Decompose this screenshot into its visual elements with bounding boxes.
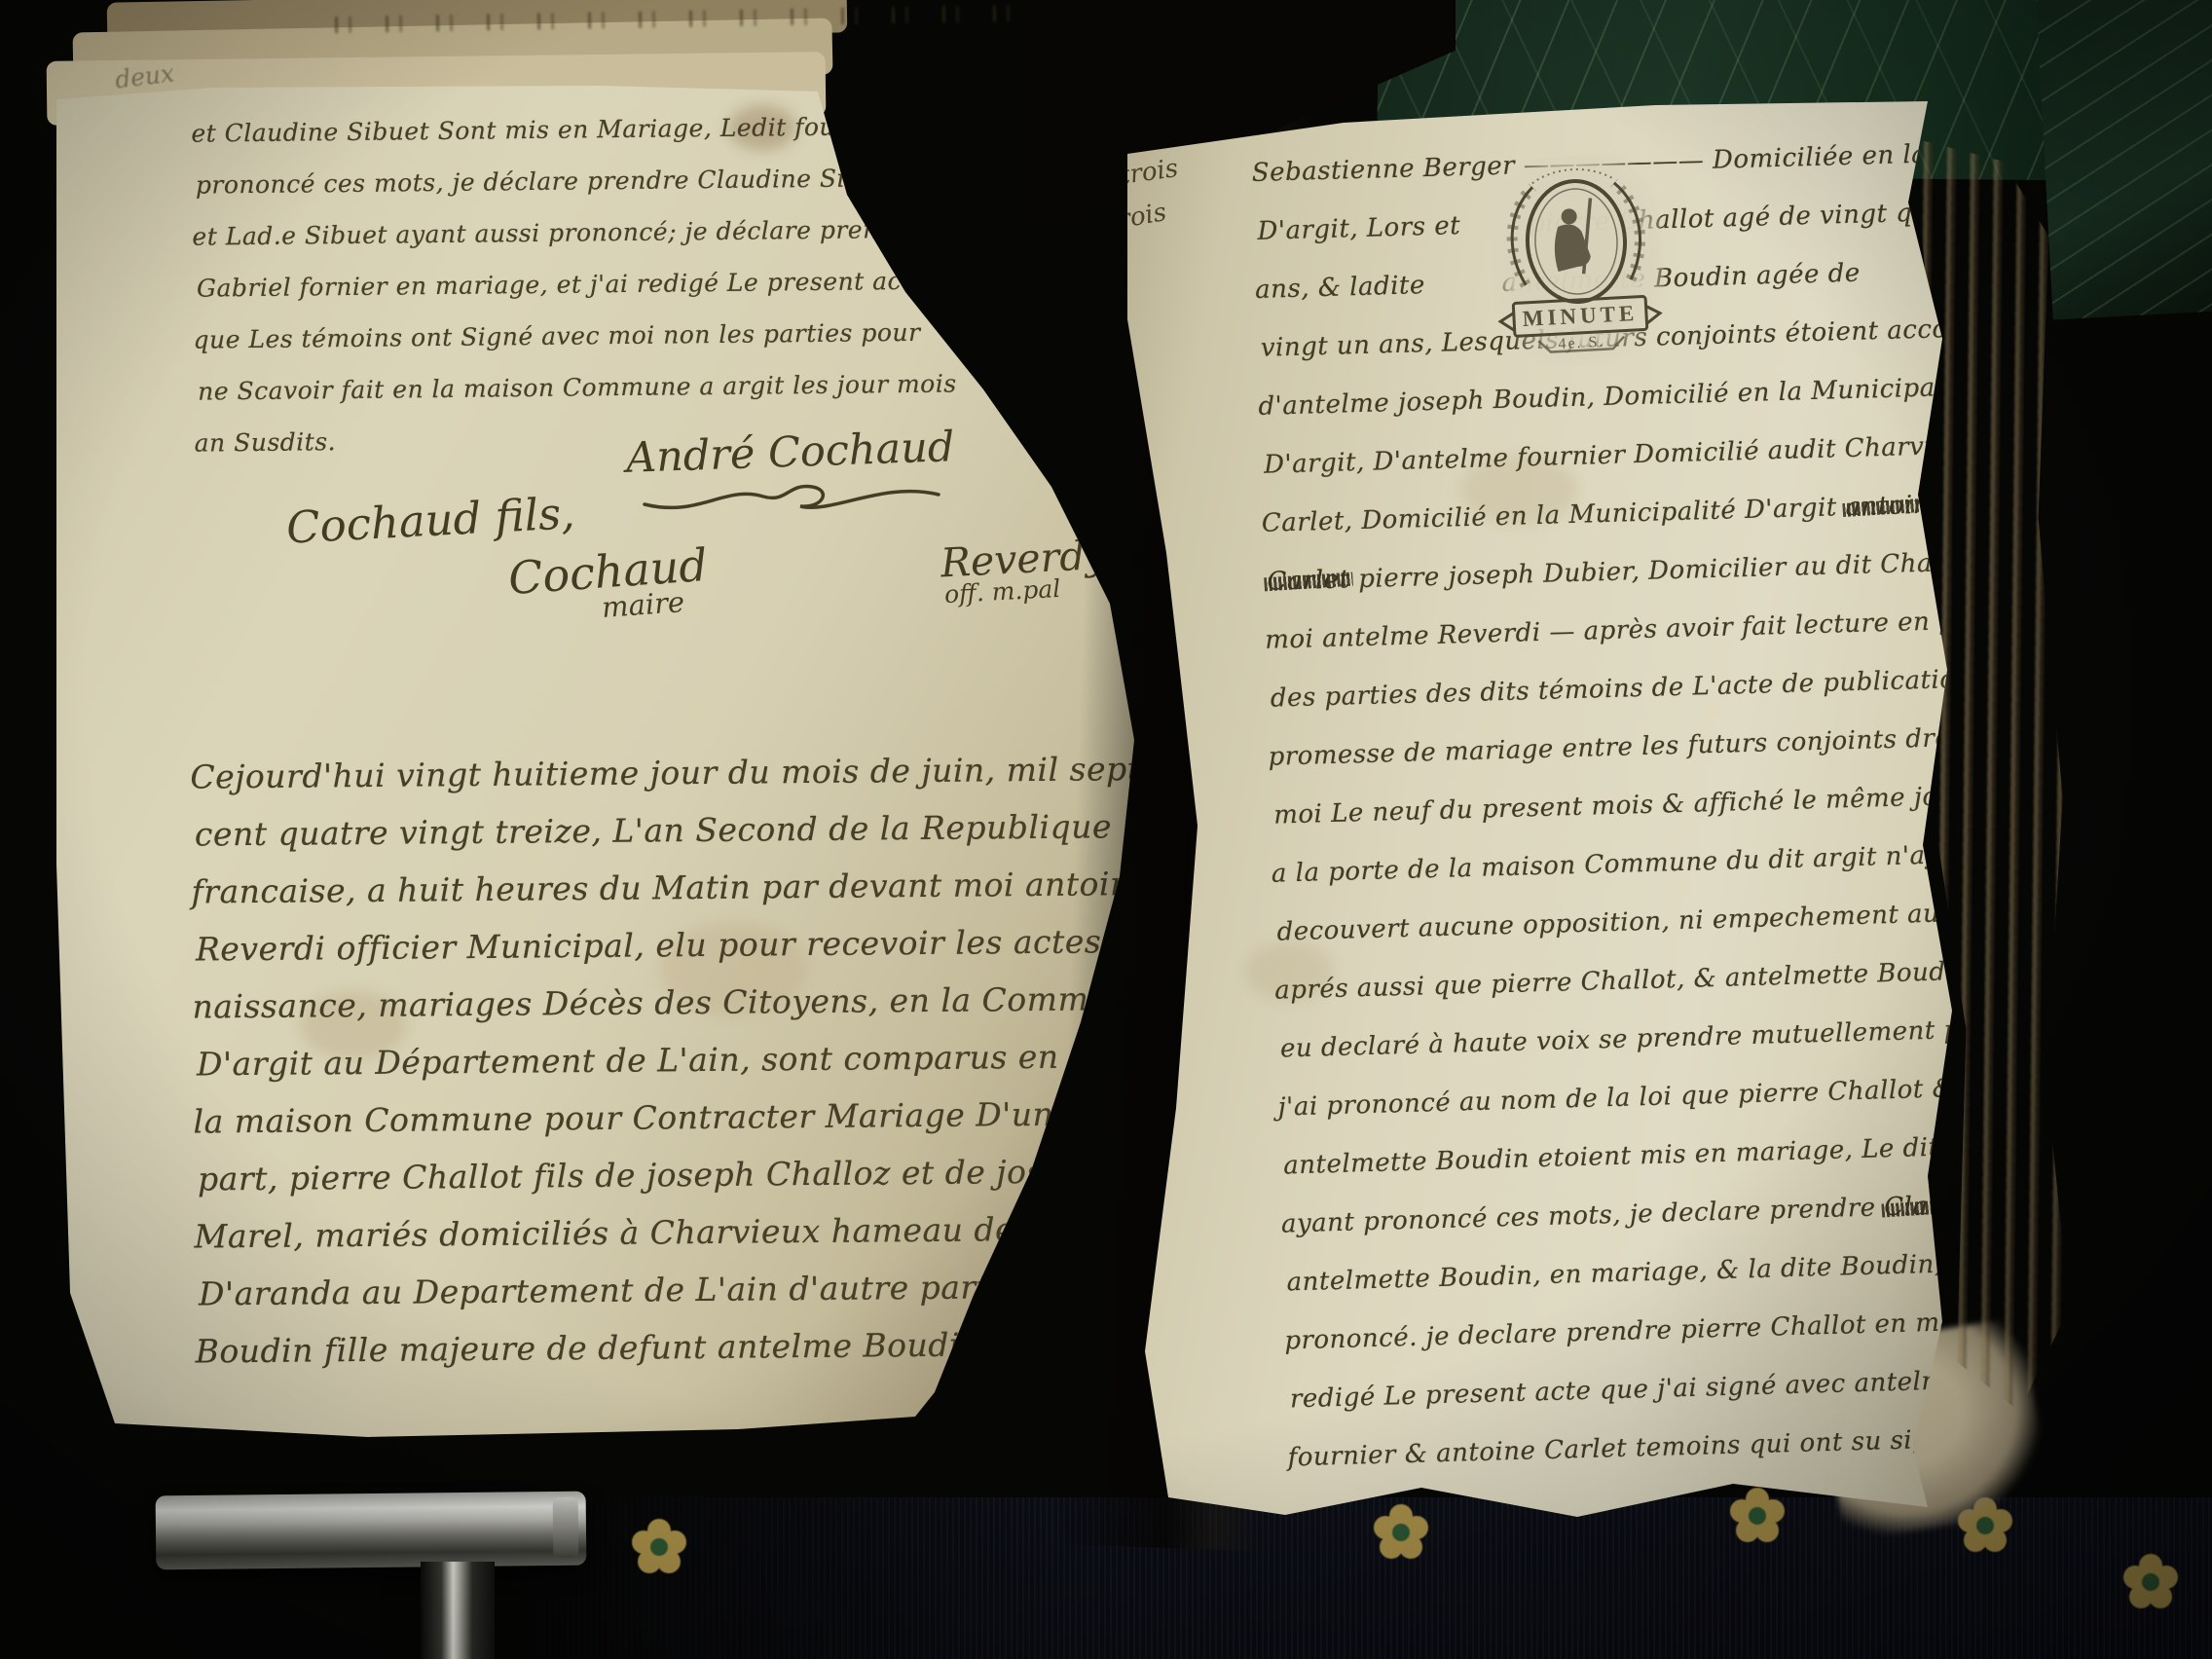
manuscript-text: ne Scavoir fait en la maison Commune a a… (198, 369, 957, 405)
manuscript-text: d'antelme joseph Boudin, Domicilié en la… (1258, 372, 1978, 422)
manuscript-line: ne Scavoir fait en la maison Commune a a… (198, 356, 1057, 417)
manuscript-text: moi Le neuf du present mois & affiché le… (1273, 782, 1968, 830)
manuscript-text: D'aranda au Departement de L'ain d'autre… (199, 1267, 1172, 1313)
green-marbled-cover-corner (2036, 0, 2212, 319)
manuscript-text: D'argit, Lors et pierre Challot agé de v… (1257, 197, 1984, 246)
manuscript-text: ayant prononcé ces mots, je declare pren… (1281, 1193, 1885, 1238)
manuscript-text: aprés aussi que pierre Challot, & antelm… (1274, 955, 2032, 1006)
signature-maire-title: maire (601, 585, 685, 624)
manuscript-line: prononcé ces mots, je déclare prendre Cl… (196, 150, 1055, 210)
minute-revenue-stamp: MINUTE 4e. S. (1486, 152, 1668, 370)
manuscript-text: et Lad.e Sibuet ayant aussi prononcé; je… (192, 214, 984, 251)
manuscript-line: Reverdi officier Municipal, elu pour rec… (196, 911, 1205, 977)
gold-flower-motif (650, 1538, 668, 1556)
signature-reverdy-title: off. m.pal (943, 574, 1061, 608)
marriage-act-closing-paragraph: et Claudine Sibuet Sont mis en Mariage, … (191, 98, 1057, 468)
manuscript-text: ans, & ladite antelmette Boudin agée de (1255, 259, 1861, 305)
manuscript-text: promesse de mariage entre les futurs con… (1268, 720, 2046, 771)
manuscript-text: Cejourd'hui vingt huitieme jour du mois … (190, 750, 1140, 796)
signature-cochaud-fils: Cochaud fils, (285, 487, 576, 553)
manuscript-text: redigé Le present acte que j'ai signé av… (1290, 1366, 1962, 1414)
paper-stain (300, 991, 407, 1059)
paper-stain (728, 105, 796, 150)
signature-cochaud-maire: Cochaud (506, 538, 709, 605)
stamp-sub-label: 4e. S. (1495, 330, 1668, 356)
signature-andre-cochaud: André Cochaud (625, 423, 955, 483)
paper-stain (1460, 456, 1577, 524)
stamp-banner-label: MINUTE (1493, 299, 1666, 333)
manuscript-text: prononcé ces mots, je déclare prendre Cl… (196, 162, 1055, 199)
manuscript-text: D'argit au Département de L'ain, sont co… (197, 1038, 1059, 1084)
paper-stain (1246, 942, 1334, 1001)
manuscript-text: a la porte de la maison Commune du dit a… (1272, 839, 1984, 888)
manuscript-line: naissance, mariages Décès des Citoyens, … (192, 969, 1205, 1035)
manuscript-text: pierre joseph Dubier, Domicilier au dit … (1349, 546, 2024, 594)
manuscript-line: la maison Commune pour Contracter Mariag… (193, 1084, 1206, 1150)
manuscript-text: Boudin fille majeure de defunt antelme B… (195, 1325, 1076, 1371)
manuscript-text: Marel, mariés domiciliés à Charvieux ham… (194, 1208, 1206, 1255)
marriage-act-opening-paragraph: Cejourd'hui vingt huitieme jour du mois … (190, 739, 1208, 1380)
manuscript-line: et Claudine Sibuet Sont mis en Mariage, … (191, 98, 1054, 159)
gold-flower-motif (1749, 1507, 1766, 1525)
manuscript-line: an Susdits. (194, 408, 1057, 468)
struck-text: Carlet (1267, 565, 1350, 596)
manuscript-text: part, pierre Challot fils de joseph Chal… (198, 1152, 1138, 1198)
manuscript-text: et Claudine Sibuet Sont mis en Mariage, … (191, 111, 977, 147)
seated-figure-laurel-icon (1486, 152, 1668, 370)
manuscript-line: D'argit au Département de L'ain, sont co… (197, 1026, 1206, 1092)
manuscript-text: antelmette Boudin etoient mis en mariage… (1283, 1130, 2044, 1181)
page-clip-handle (421, 1562, 495, 1659)
manuscript-line: Marel, mariés domiciliés à Charvieux ham… (194, 1198, 1207, 1265)
manuscript-text: an Susdits. (195, 427, 337, 458)
manuscript-text: Carlet, Domicilié en la Municipalité D'a… (1261, 493, 1845, 538)
manuscript-line: Cejourd'hui vingt huitieme jour du mois … (190, 739, 1203, 805)
gold-flower-motif (1392, 1524, 1410, 1541)
manuscript-text: francaise, a huit heures du Matin par de… (191, 865, 1151, 911)
manuscript-line: et Lad.e Sibuet ayant aussi prononcé; je… (192, 202, 1055, 262)
manuscript-line: francaise, a huit heures du Matin par de… (191, 854, 1204, 920)
manuscript-text: j'ai prononcé au nom de la loi que pierr… (1277, 1074, 1955, 1122)
left-page: et Claudine Sibuet Sont mis en Mariage, … (56, 86, 1147, 1441)
manuscript-text: que Les témoins ont Signé avec moi non l… (193, 318, 920, 354)
signature-flourish (641, 475, 942, 520)
manuscript-text: cent quatre vingt treize, L'an Second de… (195, 807, 1112, 853)
manuscript-text: naissance, mariages Décès des Citoyens, … (192, 979, 1151, 1026)
manuscript-text: fournier & antoine Carlet temoins qui on… (1287, 1424, 1973, 1473)
manuscript-text: Reverdi officier Municipal, elu pour rec… (196, 922, 1153, 969)
gold-flower-motif (2142, 1573, 2159, 1591)
manuscript-text: Gabriel fornier en mariage, et j'ai redi… (197, 267, 927, 303)
page-clip-bar (156, 1492, 587, 1570)
photo-scene: et Claudine Sibuet Sont mis en Mariage, … (0, 0, 2212, 1659)
manuscript-line: part, pierre Challot fils de joseph Chal… (198, 1141, 1207, 1207)
manuscript-text: des parties des dits témoins de L'acte d… (1270, 663, 2012, 713)
paper-stain (660, 923, 806, 1015)
manuscript-line: D'aranda au Departement de L'ain d'autre… (199, 1256, 1208, 1322)
manuscript-line: Gabriel fornier en mariage, et j'ai redi… (197, 253, 1056, 313)
manuscript-line: cent quatre vingt treize, L'an Second de… (195, 796, 1204, 863)
struck-text: antoine (1845, 490, 1945, 522)
manuscript-text: la maison Commune pour Contracter Mariag… (193, 1095, 1073, 1141)
manuscript-line: que Les témoins ont Signé avec moi non l… (193, 305, 1056, 365)
